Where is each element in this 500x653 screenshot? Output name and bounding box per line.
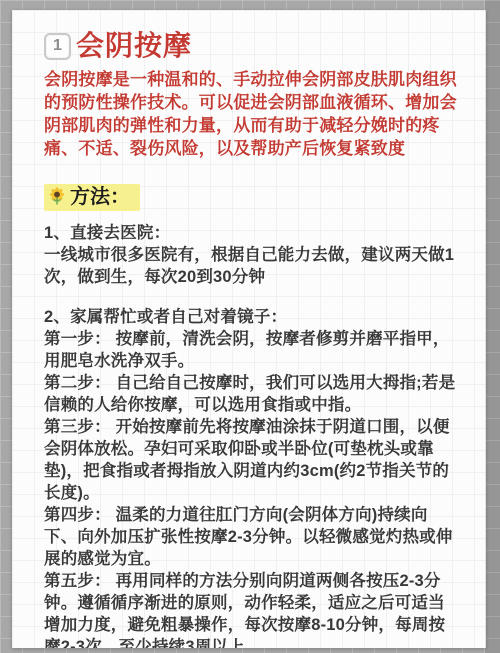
number-badge: 1 xyxy=(44,33,71,60)
step-2: 第二步： 自己给自己按摩时，我们可以选用大拇指;若是信赖的人给你按摩，可以选用食… xyxy=(44,372,458,416)
method-1-body: 一线城市很多医院有，根据自己能力去做，建议两天做1次，做到生，每次20到30分钟 xyxy=(44,244,458,288)
intro-paragraph: 会阴按摩是一种温和的、手动拉伸会阴部皮肤肌肉组织的预防性操作技术。可以促进会阴部… xyxy=(44,68,458,160)
page-title: 会阴按摩 xyxy=(76,30,192,62)
method-1-heading: 1、直接去医院： xyxy=(44,222,458,244)
method-item-self-massage: 2、家属帮忙或者自己对着镜子： 第一步： 按摩前，清洗会阴，按摩者修剪并磨平指甲… xyxy=(44,306,458,648)
method-2-heading: 2、家属帮忙或者自己对着镜子： xyxy=(44,306,458,328)
sunflower-icon xyxy=(47,187,67,207)
step-3: 第三步： 开始按摩前先将按摩油涂抹于阴道口围，以便会阴体放松。孕妇可采取仰卧或半… xyxy=(44,416,458,504)
note-card: 1 会阴按摩 会阴按摩是一种温和的、手动拉伸会阴部皮肤肌肉组织的预防性操作技术。… xyxy=(12,10,486,648)
step-4: 第四步： 温柔的力道往肛门方向(会阴体方向)持续向下、向外加压扩张性按摩2-3分… xyxy=(44,504,458,570)
methods-list: 1、直接去医院： 一线城市很多医院有，根据自己能力去做，建议两天做1次，做到生，… xyxy=(44,222,458,648)
step-1: 第一步： 按摩前，清洗会阴，按摩者修剪并磨平指甲，用肥皂水洗净双手。 xyxy=(44,328,458,372)
document-page: { "card": { "badge": "1", "title": "会阴按摩… xyxy=(0,0,500,653)
page-edge-shadow xyxy=(485,0,500,653)
method-item-hospital: 1、直接去医院： 一线城市很多医院有，根据自己能力去做，建议两天做1次，做到生，… xyxy=(44,222,458,288)
method-section-heading: 方法： xyxy=(44,184,140,211)
method-heading-label: 方法： xyxy=(70,186,130,208)
step-5: 第五步： 再用同样的方法分别向阴道两侧各按压2-3分钟。遵循循序渐进的原则，动作… xyxy=(44,570,458,648)
title-row: 1 会阴按摩 xyxy=(44,30,458,62)
notebook-grid-background: 1 会阴按摩 会阴按摩是一种温和的、手动拉伸会阴部皮肤肌肉组织的预防性操作技术。… xyxy=(0,0,500,653)
